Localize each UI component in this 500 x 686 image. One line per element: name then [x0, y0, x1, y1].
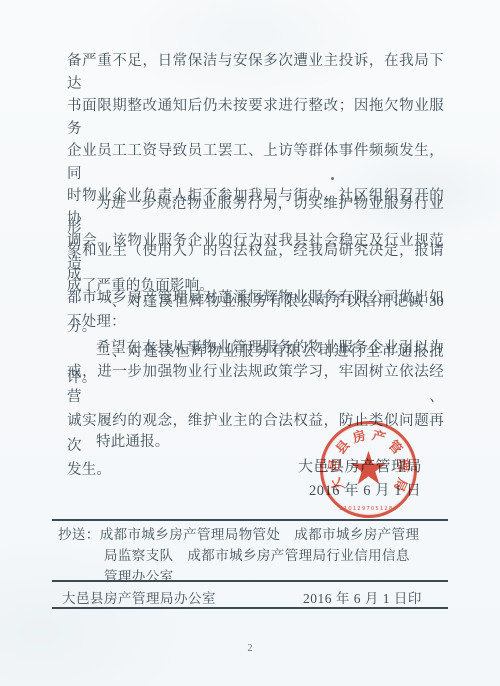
- text-line: 书面限期整改通知后仍未按要求进行整改；因拖欠物业服务: [67, 95, 444, 140]
- decision-item-1: 一、对蓬溪恒辉物业服务有限公司予以信用记减 30 分。: [67, 290, 444, 340]
- divider-line: [52, 607, 448, 609]
- seal-star-icon: ★: [348, 445, 389, 491]
- text-line: 为进一步规范物业服务行为，切实维护物业服务行业形: [67, 193, 444, 240]
- document-page: 备严重不足，日常保洁与安保多次遭业主投诉，在我局下达 书面限期整改通知后仍未按要…: [0, 0, 500, 686]
- seal-serial-number: 5101297051284: [320, 506, 417, 512]
- seal-ring-char: 理: [394, 457, 415, 473]
- page-number: 2: [0, 643, 500, 654]
- issuing-office: 大邑县房产管理局办公室: [62, 587, 216, 607]
- divider-line: [52, 580, 448, 582]
- text-line: 企业员工工资导致员工罢工、上访等群体事件频频发生，同: [67, 140, 444, 185]
- official-seal: 大 邑 县 房 产 管 理 局 ★ 5101297051284: [320, 421, 417, 518]
- text-line: 象和业主（使用人）的合法权益，经我局研究决定，报请成: [67, 240, 444, 287]
- divider-line: [52, 519, 448, 521]
- cc-line-1: 抄送：成都市城乡房产管理局物管处 成都市城乡房产管理: [58, 523, 419, 543]
- print-date: 2016 年 6 月 1 日印: [303, 587, 422, 607]
- text-line: 希望在本县从事物业管理服务的物业服务企业引以为: [67, 336, 444, 360]
- seal-ring-char: 邑: [323, 457, 344, 473]
- text-line: 备严重不足，日常保洁与安保多次遭业主投诉，在我局下达: [67, 50, 444, 95]
- cc-line-2: 局监察支队 成都市城乡房产管理局行业信用信息: [104, 544, 410, 564]
- scan-speck: [331, 177, 334, 180]
- cc-line-3: 管理办公室: [104, 565, 174, 585]
- text-line: 戒，进一步加强物业行业法规政策学习，牢固树立依法经营、: [67, 360, 444, 409]
